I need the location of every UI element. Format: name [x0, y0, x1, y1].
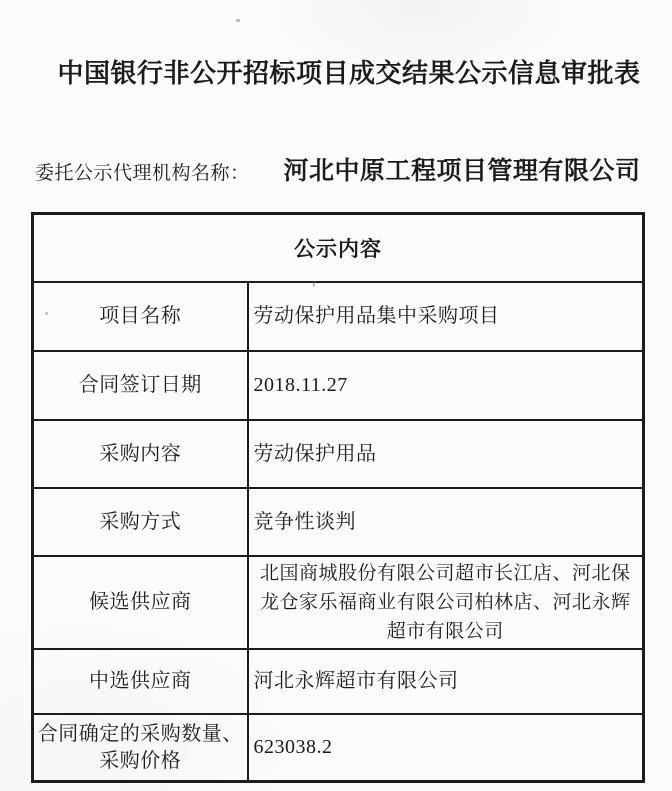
- candidate-suppliers-value: 北国商城股份有限公司超市长江店、河北保龙仓家乐福商业有限公司柏林店、河北永辉超市…: [248, 556, 644, 649]
- row-procurement-content: 采购内容 劳动保护用品: [33, 420, 644, 488]
- procurement-content-value: 劳动保护用品: [248, 420, 644, 488]
- procurement-method-label: 采购方式: [33, 488, 248, 556]
- contract-sign-date-value: 2018.11.27: [248, 351, 644, 420]
- page-title: 中国银行非公开招标项目成交结果公示信息审批表: [13, 56, 672, 92]
- candidate-suppliers-label: 候选供应商: [33, 556, 248, 649]
- selected-supplier-label: 中选供应商: [33, 649, 248, 714]
- row-selected-supplier: 中选供应商 河北永辉超市有限公司: [33, 649, 644, 714]
- publicity-table: 公示内容 项目名称 劳动保护用品集中采购项目 合同签订日期 2018.11.27…: [31, 212, 645, 783]
- scan-speck: [45, 312, 48, 315]
- quantity-and-price-value: 623038.2: [248, 714, 644, 782]
- row-procurement-method: 采购方式 竞争性谈判: [33, 488, 644, 556]
- row-quantity-and-price: 合同确定的采购数量、采购价格 623038.2: [33, 714, 644, 782]
- quantity-and-price-label: 合同确定的采购数量、采购价格: [33, 714, 248, 782]
- scan-speck: [236, 19, 240, 22]
- agency-name: 河北中原工程项目管理有限公司: [284, 158, 641, 185]
- project-name-value: 劳动保护用品集中采购项目: [248, 282, 644, 351]
- procurement-content-label: 采购内容: [33, 420, 248, 488]
- row-candidate-suppliers: 候选供应商 北国商城股份有限公司超市长江店、河北保龙仓家乐福商业有限公司柏林店、…: [33, 556, 644, 649]
- contract-sign-date-label: 合同签订日期: [33, 351, 248, 420]
- row-project-name: 项目名称 劳动保护用品集中采购项目: [33, 282, 644, 351]
- scanned-document-page: 中国银行非公开招标项目成交结果公示信息审批表 委托公示代理机构名称：河北中原工程…: [0, 0, 672, 791]
- table-header: 公示内容: [33, 214, 644, 283]
- row-contract-sign-date: 合同签订日期 2018.11.27: [33, 351, 644, 420]
- selected-supplier-value: 河北永辉超市有限公司: [248, 649, 644, 714]
- agency-label: 委托公示代理机构名称：: [35, 163, 250, 184]
- table-header-row: 公示内容: [33, 214, 644, 283]
- project-name-label: 项目名称: [33, 282, 248, 351]
- agency-line: 委托公示代理机构名称：河北中原工程项目管理有限公司: [35, 151, 641, 187]
- procurement-method-value: 竞争性谈判: [248, 488, 644, 556]
